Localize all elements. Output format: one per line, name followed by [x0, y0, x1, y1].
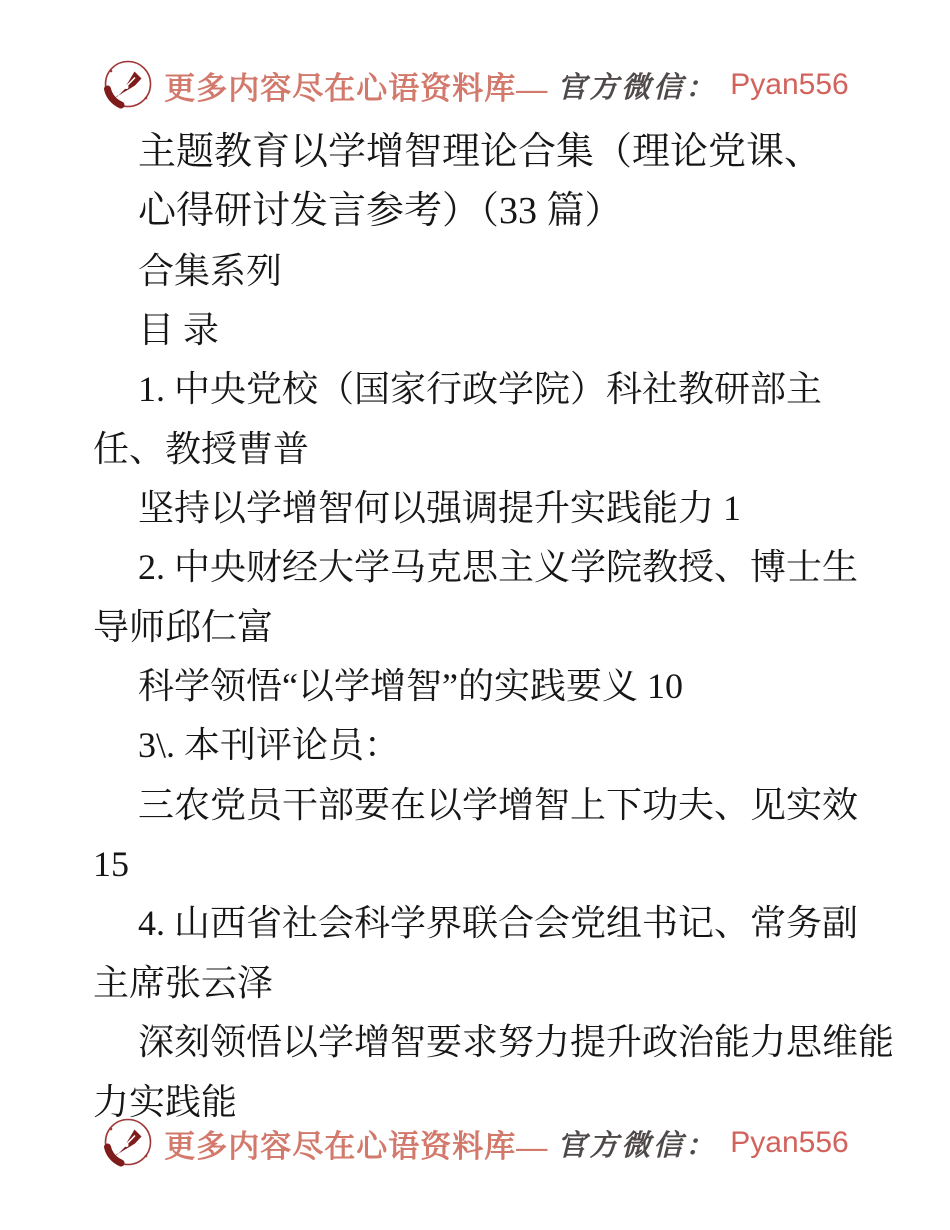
- toc-entry-4-author-cont: 主席张云泽: [93, 954, 905, 1013]
- toc-entry-1-author: 1. 中央党校（国家行政学院）科社教研部主: [93, 360, 905, 419]
- toc-entry-3-author: 3\. 本刊评论员：: [93, 716, 905, 775]
- banner-brand-text: 更多内容尽在心语资料库—: [164, 1121, 548, 1166]
- doc-title-line-2: 心得研讨发言参考）（33 篇）: [93, 182, 905, 241]
- toc-entry-1-title: 坚持以学增智何以强调提升实践能力 1: [93, 479, 905, 538]
- pen-ink-logo-icon: [101, 58, 155, 112]
- document-body: 主题教育以学增智理论合集（理论党课、 心得研讨发言参考）（33 篇） 合集系列 …: [93, 123, 905, 1132]
- toc-entry-3-title: 三农党员干部要在以学增智上下功夫、见实效: [93, 776, 905, 835]
- toc-entry-3-page: 15: [93, 835, 905, 894]
- pen-ink-logo-icon: [101, 1116, 155, 1170]
- toc-entry-2-author-cont: 导师邱仁富: [93, 598, 905, 657]
- toc-entry-4-title: 深刻领悟以学增智要求努力提升政治能力思维能: [93, 1013, 905, 1072]
- document-page: 更多内容尽在心语资料库—官方微信：Pyan556 主题教育以学增智理论合集（理论…: [0, 0, 950, 1230]
- banner-wechat-id: Pyan556: [730, 68, 848, 102]
- toc-entry-2-author: 2. 中央财经大学马克思主义学院教授、博士生: [93, 538, 905, 597]
- banner-wechat-label: 官方微信：: [557, 1123, 717, 1164]
- doc-series-label: 合集系列: [93, 242, 905, 301]
- banner-brand-text: 更多内容尽在心语资料库—: [164, 63, 548, 108]
- banner-wechat-label: 官方微信：: [557, 65, 717, 106]
- toc-entry-4-author: 4. 山西省社会科学界联合会党组书记、常务副: [93, 894, 905, 953]
- footer-banner: 更多内容尽在心语资料库—官方微信：Pyan556: [0, 1116, 950, 1170]
- header-banner: 更多内容尽在心语资料库—官方微信：Pyan556: [0, 58, 950, 112]
- toc-entry-1-author-cont: 任、教授曹普: [93, 420, 905, 479]
- doc-title-line-1: 主题教育以学增智理论合集（理论党课、: [93, 123, 905, 182]
- banner-wechat-id: Pyan556: [730, 1126, 848, 1160]
- toc-entry-2-title: 科学领悟“以学增智”的实践要义 10: [93, 657, 905, 716]
- toc-heading: 目 录: [93, 301, 905, 360]
